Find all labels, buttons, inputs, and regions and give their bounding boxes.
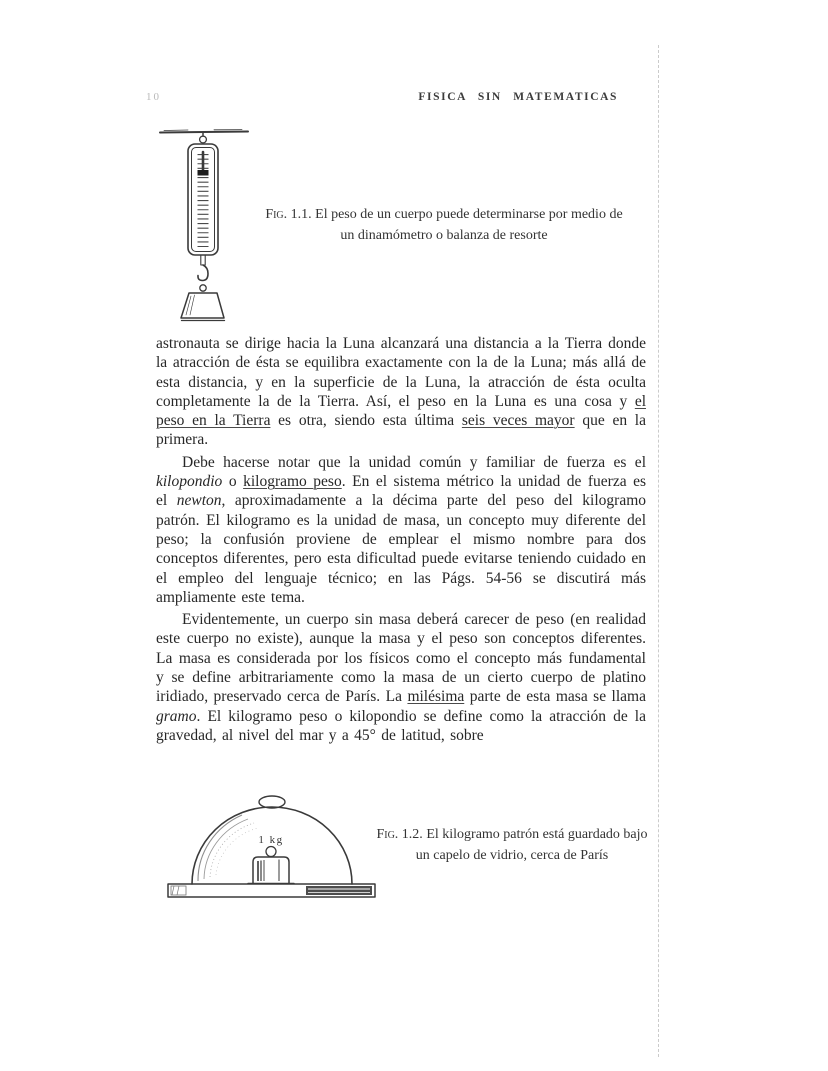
bell-jar-drawing: 1 kg (160, 795, 390, 905)
figure-1-1-caption-text: El peso de un cuerpo puede determinarse … (315, 207, 623, 243)
text-run: parte de esta masa se llama (464, 688, 646, 705)
underlined-phrase: seis veces mayor (462, 412, 575, 429)
text-run: o (222, 473, 243, 490)
book-page: 10 FISICA SIN MATEMATICAS (0, 0, 828, 1071)
support-bar (160, 132, 248, 133)
text-run: . El kilogramo peso o kilopondio se defi… (156, 708, 646, 744)
running-title: FISICA SIN MATEMATICAS (308, 91, 618, 103)
top-hook-ring (200, 136, 207, 143)
page-number: 10 (146, 91, 161, 103)
figure-1-1-label: Fig. 1.1. (265, 207, 311, 222)
paragraph-1: astronauta se dirige hacia la Luna alcan… (156, 334, 646, 450)
paragraph-3: Evidentemente, un cuerpo sin masa deberá… (156, 610, 646, 745)
figure-1-1-caption: Fig. 1.1. El peso de un cuerpo puede det… (258, 204, 630, 246)
bottom-hook (198, 265, 208, 281)
base-plate-shading-right (306, 886, 372, 895)
figure-1-2-illustration: 1 kg (160, 795, 390, 905)
figure-1-1-illustration (158, 126, 250, 322)
text-run: astronauta se dirige hacia la Luna alcan… (156, 335, 646, 410)
spring-scale-drawing (158, 126, 250, 322)
stem (201, 255, 205, 265)
text-run: es otra, siendo esta última (270, 412, 461, 429)
underlined-phrase: milésima (407, 688, 464, 705)
body-text: astronauta se dirige hacia la Luna alcan… (156, 334, 646, 748)
weight-label: 1 kg (258, 834, 283, 846)
underlined-phrase: kilogramo peso (243, 473, 342, 490)
italic-term: kilopondio (156, 473, 222, 490)
page-edge-artifact (658, 45, 659, 1057)
figure-1-2-caption: Fig. 1.2. El kilogramo patrón está guard… (372, 824, 652, 866)
text-run: Debe hacerse notar que la unidad común y… (182, 454, 646, 471)
scale-indicator (198, 170, 209, 176)
italic-term: newton (177, 492, 222, 509)
weight-loop (200, 285, 206, 291)
figure-1-2-label: Fig. 1.2. (376, 827, 422, 842)
weight-knob (266, 847, 276, 857)
paragraph-2: Debe hacerse notar que la unidad común y… (156, 453, 646, 607)
figure-1-2-caption-text: El kilogramo patrón está guardado bajo u… (416, 827, 648, 863)
text-run: , aproximadamente a la décima parte del … (156, 492, 646, 605)
italic-term: gramo (156, 708, 196, 725)
weight (181, 293, 224, 318)
